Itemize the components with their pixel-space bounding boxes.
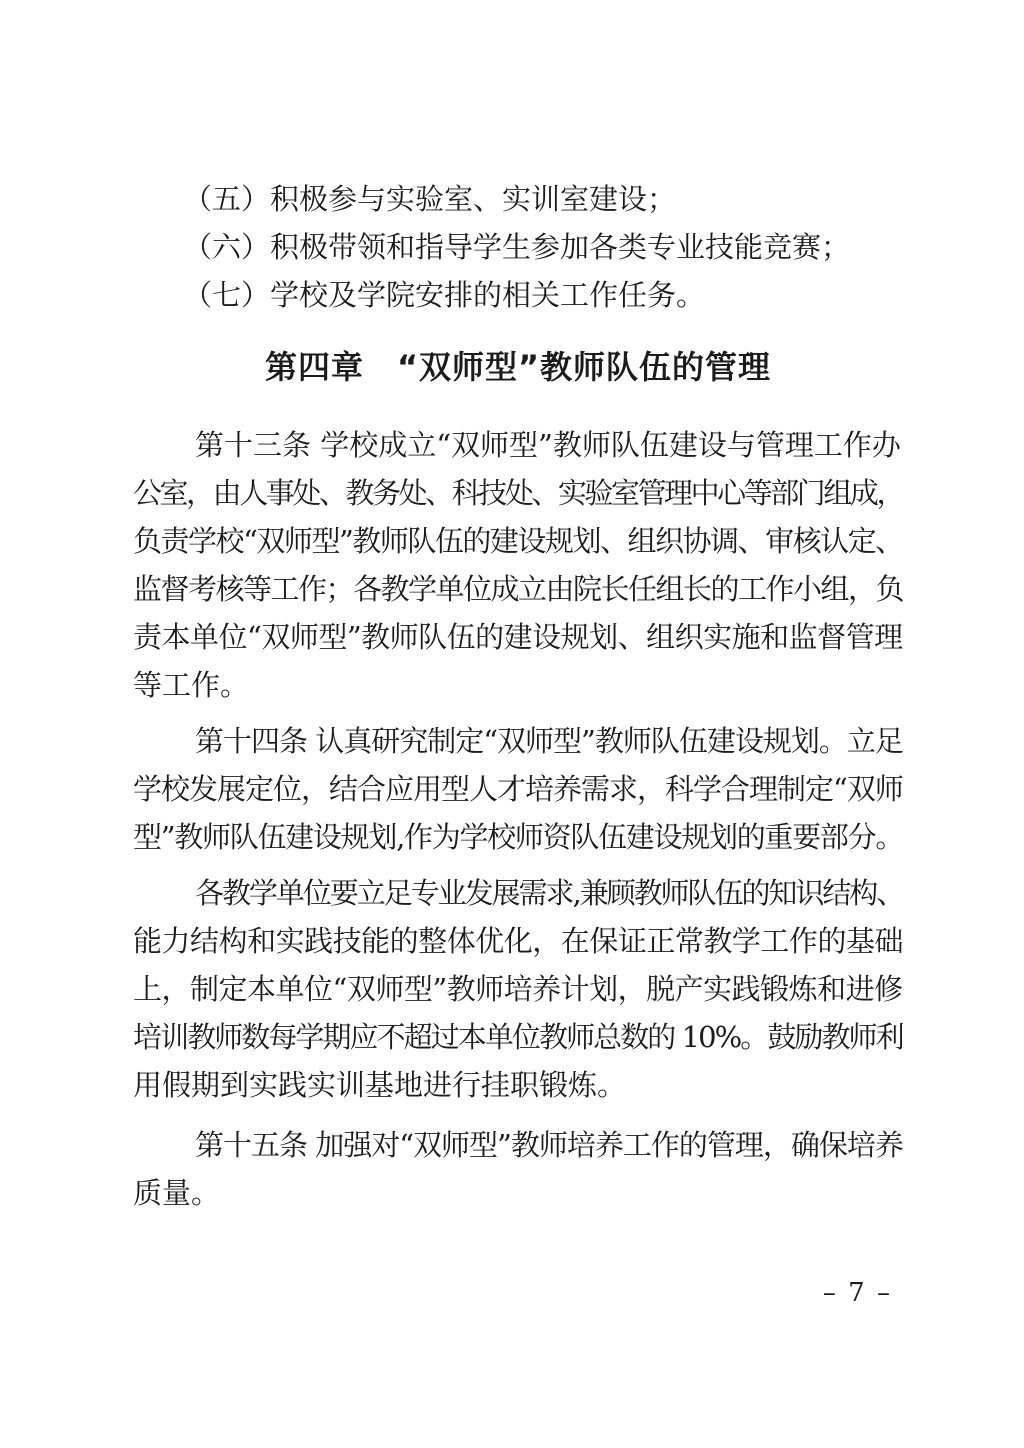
document-content: （五）积极参与实验室、实训室建设；（六）积极带领和指导学生参加各类专业技能竞赛；… [133, 175, 903, 1217]
text-line: 责本单位“双师型”教师队伍的建设规划、组织实施和监督管理 [133, 613, 903, 661]
clause-item: （六）积极带领和指导学生参加各类专业技能竞赛； [133, 223, 903, 271]
clause-list: （五）积极参与实验室、实训室建设；（六）积极带领和指导学生参加各类专业技能竞赛；… [133, 175, 903, 319]
clause-item: （七）学校及学院安排的相关工作任务。 [133, 271, 903, 319]
paragraph-article-15: 第十五条 加强对“双师型”教师培养工作的管理，确保培养质量。 [133, 1121, 903, 1217]
document-page: （五）积极参与实验室、实训室建设；（六）积极带领和指导学生参加各类专业技能竞赛；… [0, 0, 1024, 1448]
text-line: 负责学校“双师型”教师队伍的建设规划、组织协调、审核认定、 [133, 517, 903, 565]
paragraph-article-13: 第十三条 学校成立“双师型”教师队伍建设与管理工作办公室，由人事处、教务处、科技… [133, 421, 903, 709]
text-line: 培训教师数每学期应不超过本单位教师总数的 10%。鼓励教师利 [133, 1013, 903, 1061]
chapter-heading: 第四章 “双师型”教师队伍的管理 [133, 341, 903, 393]
text-line: 等工作。 [133, 661, 903, 709]
text-line: 用假期到实践实训基地进行挂职锻炼。 [133, 1061, 903, 1109]
text-line: 质量。 [133, 1169, 903, 1217]
text-line: 第十五条 加强对“双师型”教师培养工作的管理，确保培养 [133, 1121, 903, 1169]
text-line: 型”教师队伍建设规划,作为学校师资队伍建设规划的重要部分。 [133, 813, 903, 861]
paragraph-article-14: 第十四条 认真研究制定“双师型”教师队伍建设规划。立足学校发展定位，结合应用型人… [133, 717, 903, 861]
text-line: 第十四条 认真研究制定“双师型”教师队伍建设规划。立足 [133, 717, 903, 765]
paragraph-teaching-units-plan: 各教学单位要立足专业发展需求,兼顾教师队伍的知识结构、能力结构和实践技能的整体优… [133, 869, 903, 1109]
text-line: 第十三条 学校成立“双师型”教师队伍建设与管理工作办 [133, 421, 903, 469]
text-line: 学校发展定位，结合应用型人才培养需求，科学合理制定“双师 [133, 765, 903, 813]
text-line: 上，制定本单位“双师型”教师培养计划，脱产实践锻炼和进修 [133, 965, 903, 1013]
text-line: 公室，由人事处、教务处、科技处、实验室管理中心等部门组成， [133, 469, 903, 517]
text-line: 能力结构和实践技能的整体优化，在保证正常教学工作的基础 [133, 917, 903, 965]
page-number: – 7 – [823, 1276, 892, 1310]
text-line: 监督考核等工作；各教学单位成立由院长任组长的工作小组，负 [133, 565, 903, 613]
text-line: 各教学单位要立足专业发展需求,兼顾教师队伍的知识结构、 [133, 869, 903, 917]
paragraphs: 第十三条 学校成立“双师型”教师队伍建设与管理工作办公室，由人事处、教务处、科技… [133, 421, 903, 1217]
clause-item: （五）积极参与实验室、实训室建设； [133, 175, 903, 223]
